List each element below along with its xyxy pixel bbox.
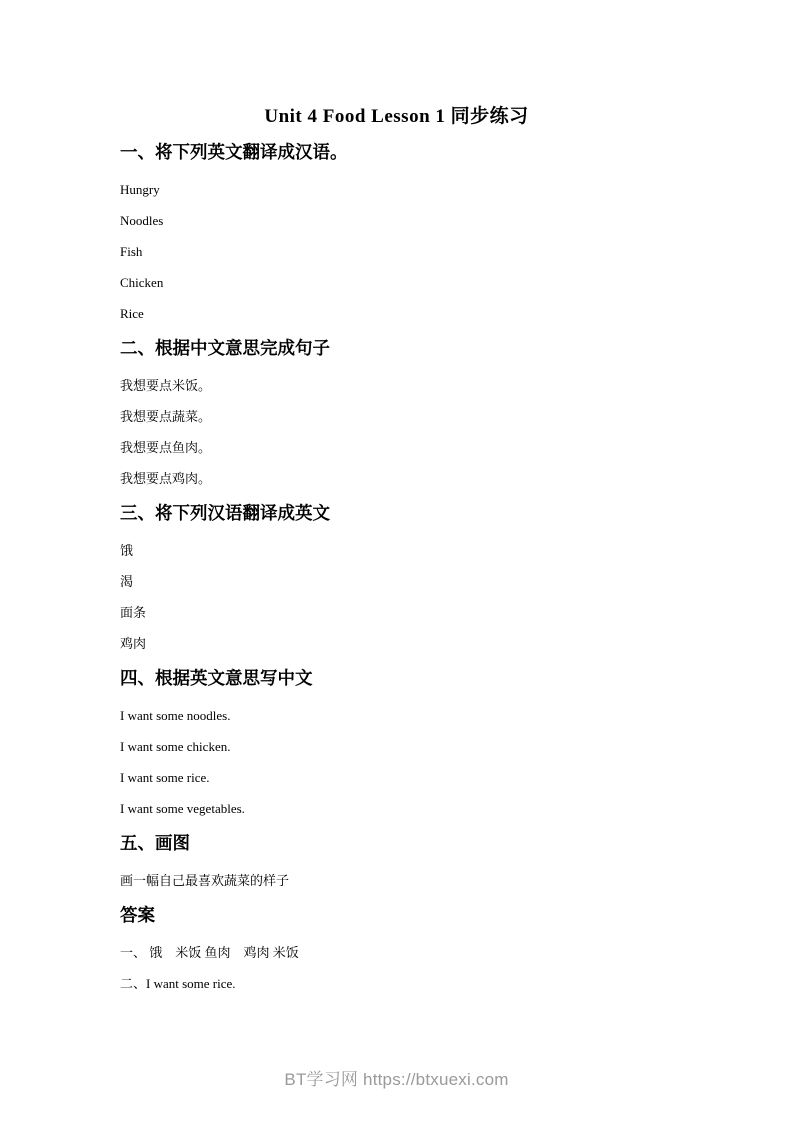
section-1-heading: 一、将下列英文翻译成汉语。 <box>120 142 703 163</box>
section-3-heading: 三、将下列汉语翻译成英文 <box>120 503 703 524</box>
exercise-item: I want some vegetables. <box>120 802 703 815</box>
exercise-item: I want some noodles. <box>120 709 703 722</box>
exercise-item: Fish <box>120 245 703 258</box>
worksheet-page: Unit 4 Food Lesson 1 同步练习 一、将下列英文翻译成汉语。 … <box>0 0 793 1122</box>
exercise-item: 我想要点蔬菜。 <box>120 410 703 423</box>
exercise-item: 我想要点鱼肉。 <box>120 441 703 454</box>
answer-item: 二、I want some rice. <box>120 977 703 990</box>
exercise-item: I want some chicken. <box>120 740 703 753</box>
section-4: 四、根据英文意思写中文 I want some noodles. I want … <box>120 668 703 815</box>
exercise-item: Hungry <box>120 183 703 196</box>
answers-heading: 答案 <box>120 905 703 926</box>
section-2-heading: 二、根据中文意思完成句子 <box>120 338 703 359</box>
exercise-item: Chicken <box>120 276 703 289</box>
exercise-item: 我想要点米饭。 <box>120 379 703 392</box>
section-1: 一、将下列英文翻译成汉语。 Hungry Noodles Fish Chicke… <box>120 142 703 320</box>
exercise-item: 鸡肉 <box>120 637 703 650</box>
page-title: Unit 4 Food Lesson 1 同步练习 <box>90 106 703 127</box>
section-3: 三、将下列汉语翻译成英文 饿 渴 面条 鸡肉 <box>120 503 703 650</box>
exercise-item: 饿 <box>120 544 703 557</box>
exercise-item: 我想要点鸡肉。 <box>120 472 703 485</box>
section-4-heading: 四、根据英文意思写中文 <box>120 668 703 689</box>
exercise-item: Rice <box>120 307 703 320</box>
site-footer: BT学习网 https://btxuexi.com <box>0 1070 793 1089</box>
section-5: 五、画图 画一幅自己最喜欢蔬菜的样子 <box>120 833 703 887</box>
section-5-heading: 五、画图 <box>120 833 703 854</box>
section-2: 二、根据中文意思完成句子 我想要点米饭。 我想要点蔬菜。 我想要点鱼肉。 我想要… <box>120 338 703 485</box>
exercise-item: 面条 <box>120 606 703 619</box>
exercise-item: I want some rice. <box>120 771 703 784</box>
exercise-item: Noodles <box>120 214 703 227</box>
exercise-item: 画一幅自己最喜欢蔬菜的样子 <box>120 874 703 887</box>
exercise-item: 渴 <box>120 575 703 588</box>
answer-item: 一、 饿 米饭 鱼肉 鸡肉 米饭 <box>120 946 703 959</box>
answers-section: 答案 一、 饿 米饭 鱼肉 鸡肉 米饭 二、I want some rice. <box>120 905 703 990</box>
